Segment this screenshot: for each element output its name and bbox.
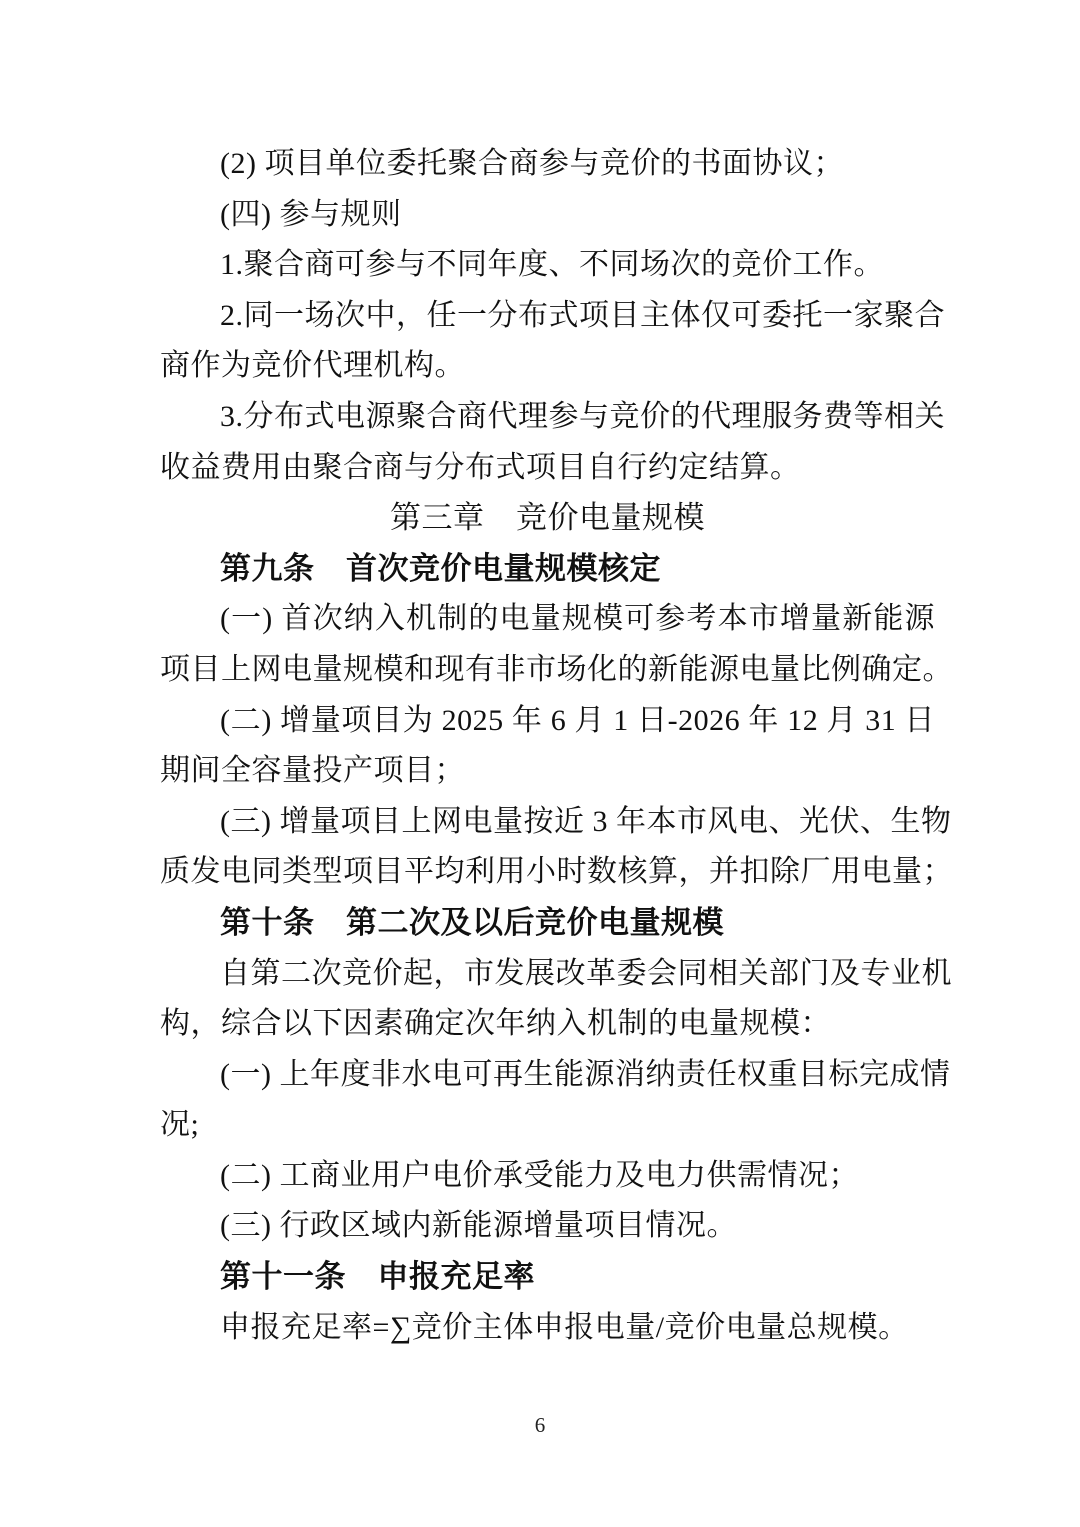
paragraph-line: 自第二次竞价起，市发展改革委会同相关部门及专业机 — [160, 949, 935, 1000]
paragraph-line: (二) 工商业用户电价承受能力及电力供需情况； — [160, 1151, 935, 1202]
paragraph-line: 收益费用由聚合商与分布式项目自行约定结算。 — [160, 443, 935, 494]
paragraph-line: 质发电同类型项目平均利用小时数核算，并扣除厂用电量； — [160, 847, 935, 898]
paragraph-line: 期间全容量投产项目； — [160, 746, 935, 797]
section-heading: 第十一条 申报充足率 — [160, 1252, 935, 1303]
paragraph-line: 构，综合以下因素确定次年纳入机制的电量规模： — [160, 999, 935, 1050]
paragraph-line: 3.分布式电源聚合商代理参与竞价的代理服务费等相关 — [160, 392, 935, 443]
paragraph-line: 2.同一场次中，任一分布式项目主体仅可委托一家聚合 — [160, 291, 935, 342]
paragraph-line: (三) 行政区域内新能源增量项目情况。 — [160, 1201, 935, 1252]
document-page: (2) 项目单位委托聚合商参与竞价的书面协议；(四) 参与规则1.聚合商可参与不… — [0, 0, 1080, 1527]
paragraph-line: 申报充足率=∑竞价主体申报电量/竞价电量总规模。 — [160, 1303, 935, 1354]
paragraph-line: (2) 项目单位委托聚合商参与竞价的书面协议； — [160, 139, 935, 190]
paragraph-line: (二) 增量项目为 2025 年 6 月 1 日-2026 年 12 月 31 … — [160, 696, 935, 747]
paragraph-line: 商作为竞价代理机构。 — [160, 341, 935, 392]
paragraph-line: (三) 增量项目上网电量按近 3 年本市风电、光伏、生物 — [160, 797, 935, 848]
page-number: 6 — [0, 1412, 1080, 1438]
chapter-heading: 第三章 竞价电量规模 — [160, 493, 935, 544]
document-body: (2) 项目单位委托聚合商参与竞价的书面协议；(四) 参与规则1.聚合商可参与不… — [160, 139, 935, 1353]
paragraph-line: 况; — [160, 1100, 935, 1151]
paragraph-line: 项目上网电量规模和现有非市场化的新能源电量比例确定。 — [160, 645, 935, 696]
paragraph-line: 1.聚合商可参与不同年度、不同场次的竞价工作。 — [160, 240, 935, 291]
paragraph-line: (一) 上年度非水电可再生能源消纳责任权重目标完成情 — [160, 1050, 935, 1101]
paragraph-line: (一) 首次纳入机制的电量规模可参考本市增量新能源 — [160, 594, 935, 645]
section-heading: 第九条 首次竞价电量规模核定 — [160, 544, 935, 595]
section-heading: 第十条 第二次及以后竞价电量规模 — [160, 898, 935, 949]
paragraph-line: (四) 参与规则 — [160, 190, 935, 241]
